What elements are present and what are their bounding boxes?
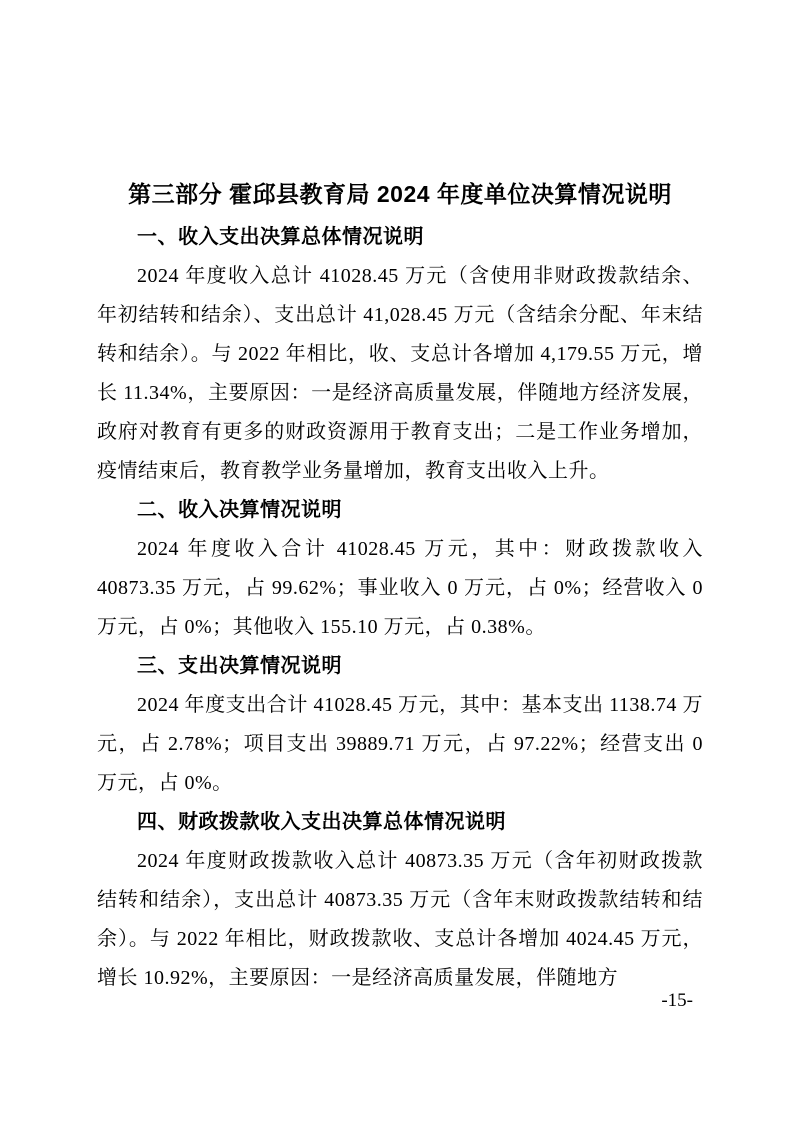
section-income-expenditure-overview: 一、收入支出决算总体情况说明 2024 年度收入总计 41028.45 万元（含… [97,218,703,491]
section-paragraph-3: 2024 年度支出合计 41028.45 万元，其中：基本支出 1138.74 … [97,686,703,803]
section-heading-4: 四、财政拨款收入支出决算总体情况说明 [97,803,703,842]
document-content: 第三部分 霍邱县教育局 2024 年度单位决算情况说明 一、收入支出决算总体情况… [97,176,703,998]
section-expenditure-details: 三、支出决算情况说明 2024 年度支出合计 41028.45 万元，其中：基本… [97,647,703,803]
page-number: -15- [661,990,693,1012]
document-title: 第三部分 霍邱县教育局 2024 年度单位决算情况说明 [97,176,703,212]
section-heading-3: 三、支出决算情况说明 [97,647,703,686]
section-paragraph-4: 2024 年度财政拨款收入总计 40873.35 万元（含年初财政拨款结转和结余… [97,842,703,998]
section-income-details: 二、收入决算情况说明 2024 年度收入合计 41028.45 万元，其中：财政… [97,491,703,647]
section-fiscal-appropriation-overview: 四、财政拨款收入支出决算总体情况说明 2024 年度财政拨款收入总计 40873… [97,803,703,998]
section-paragraph-2: 2024 年度收入合计 41028.45 万元，其中：财政拨款收入 40873.… [97,530,703,647]
section-heading-2: 二、收入决算情况说明 [97,491,703,530]
section-paragraph-1: 2024 年度收入总计 41028.45 万元（含使用非财政拨款结余、年初结转和… [97,257,703,491]
document-page: 第三部分 霍邱县教育局 2024 年度单位决算情况说明 一、收入支出决算总体情况… [0,0,793,1122]
section-heading-1: 一、收入支出决算总体情况说明 [97,218,703,257]
